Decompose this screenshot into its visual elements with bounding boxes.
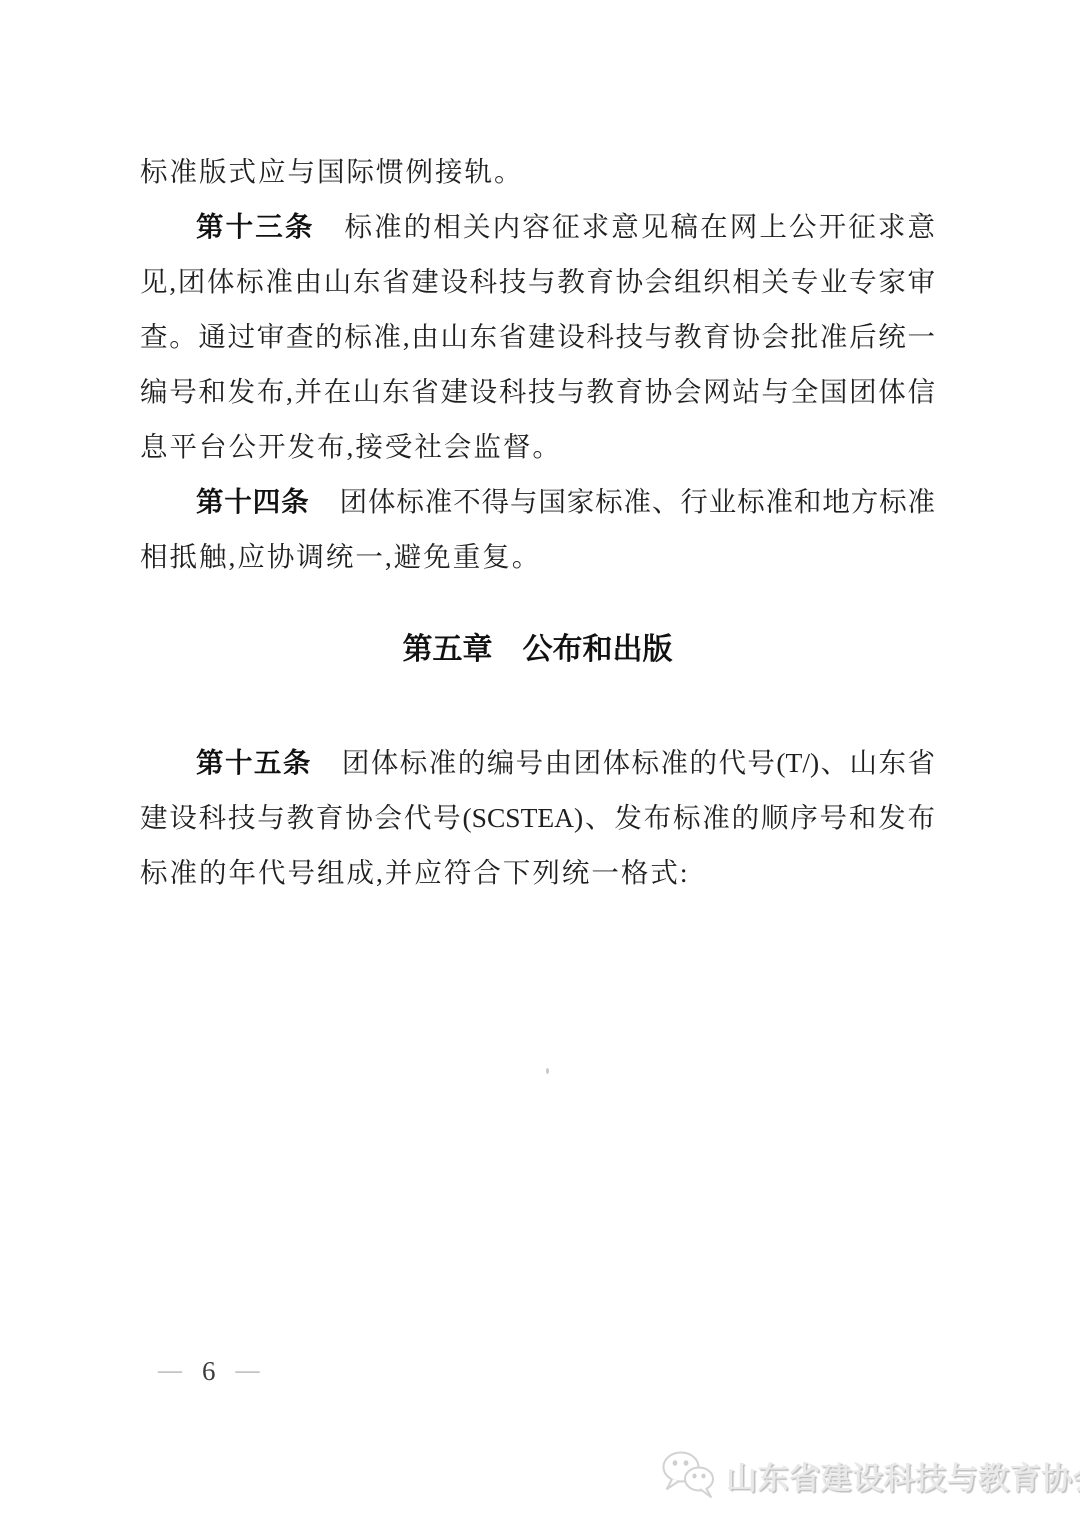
article-15-text-1: 团体标准的编号由团体标准的代号(T/)、山东省 (342, 747, 935, 778)
paragraph-continuation-line: 标准版式应与国际惯例接轨。 (140, 144, 935, 199)
article-13-text-1: 标准的相关内容征求意见稿在网上公开征求意 (345, 211, 935, 242)
article-13-line-4: 编号和发布,并在山东省建设科技与教育协会网站与全国团体信 (140, 364, 935, 419)
article-14-text-1: 团体标准不得与国家标准、行业标准和地方标准 (340, 486, 935, 517)
article-14-first-line: 第十四条团体标准不得与国家标准、行业标准和地方标准 (140, 474, 935, 529)
document-page: 标准版式应与国际惯例接轨。 第十三条标准的相关内容征求意见稿在网上公开征求意 见… (0, 0, 1080, 1527)
article-15-line-3: 标准的年代号组成,并应符合下列统一格式: (140, 845, 935, 900)
page-number-dash-left: — (158, 1352, 182, 1391)
chapter-number: 第五章 (403, 633, 493, 666)
chapter-heading: 第五章公布和出版 (140, 622, 935, 677)
article-15-first-line: 第十五条团体标准的编号由团体标准的代号(T/)、山东省 (140, 735, 935, 790)
article-15-label: 第十五条 (196, 747, 312, 778)
wechat-watermark: 山东省建设科技与教育协会 (660, 1446, 1080, 1504)
watermark-account-name: 山东省建设科技与教育协会 (726, 1453, 1080, 1498)
wechat-icon (660, 1449, 718, 1501)
page-number-dash-right: — (236, 1352, 260, 1391)
page-body-upper: 标准版式应与国际惯例接轨。 第十三条标准的相关内容征求意见稿在网上公开征求意 见… (140, 144, 935, 584)
article-13-line-5: 息平台公开发布,接受社会监督。 (140, 419, 935, 474)
page-number-footer: — 6 — (158, 1344, 260, 1399)
chapter-title: 公布和出版 (523, 633, 673, 666)
article-15-line-2: 建设科技与教育协会代号(SCSTEA)、发布标准的顺序号和发布 (140, 790, 935, 845)
article-14-line-2: 相抵触,应协调统一,避免重复。 (140, 529, 935, 584)
article-13-line-2: 见,团体标准由山东省建设科技与教育协会组织相关专业专家审 (140, 254, 935, 309)
page-body-lower: 第十五条团体标准的编号由团体标准的代号(T/)、山东省 建设科技与教育协会代号(… (140, 735, 935, 900)
article-14-label: 第十四条 (196, 486, 310, 517)
article-13-label: 第十三条 (196, 211, 315, 242)
scan-artifact-dot (546, 1068, 549, 1074)
article-13-first-line: 第十三条标准的相关内容征求意见稿在网上公开征求意 (140, 199, 935, 254)
article-13-line-3: 查。通过审查的标准,由山东省建设科技与教育协会批准后统一 (140, 309, 935, 364)
page-number: 6 (202, 1344, 216, 1399)
